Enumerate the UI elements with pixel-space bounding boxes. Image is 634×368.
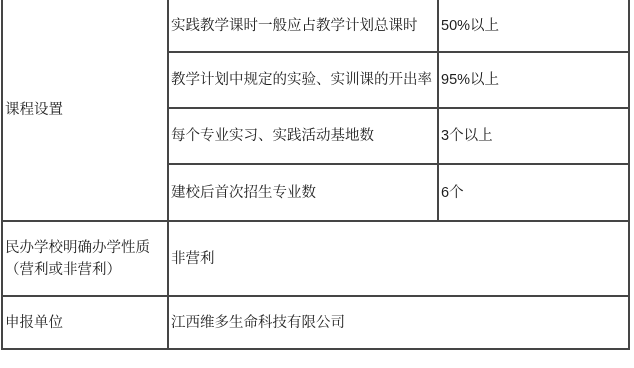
table-row: 课程设置 实践教学课时一般应占教学计划总课时 50%以上 (2, 0, 629, 52)
criterion-cell: 每个专业实习、实践活动基地数 (168, 108, 438, 164)
value-cell: 3个以上 (438, 108, 629, 164)
value-cell: 95%以上 (438, 52, 629, 108)
value-cell: 50%以上 (438, 0, 629, 52)
value-cell-school-nature: 非营利 (168, 221, 629, 296)
value-cell: 6个 (438, 164, 629, 221)
table-row: 民办学校明确办学性质 （营利或非营利） 非营利 (2, 221, 629, 296)
document-page: 课程设置 实践教学课时一般应占教学计划总课时 50%以上 教学计划中规定的实验、… (0, 0, 634, 368)
label-cell-school-nature: 民办学校明确办学性质 （营利或非营利） (2, 221, 168, 296)
value-cell-applicant: 江西维多生命科技有限公司 (168, 296, 629, 349)
table-row: 申报单位 江西维多生命科技有限公司 (2, 296, 629, 349)
criterion-cell: 实践教学课时一般应占教学计划总课时 (168, 0, 438, 52)
label-cell-applicant: 申报单位 (2, 296, 168, 349)
criteria-table: 课程设置 实践教学课时一般应占教学计划总课时 50%以上 教学计划中规定的实验、… (1, 0, 630, 350)
category-cell-course-setup: 课程设置 (2, 0, 168, 221)
criterion-cell: 建校后首次招生专业数 (168, 164, 438, 221)
criterion-cell: 教学计划中规定的实验、实训课的开出率 (168, 52, 438, 108)
